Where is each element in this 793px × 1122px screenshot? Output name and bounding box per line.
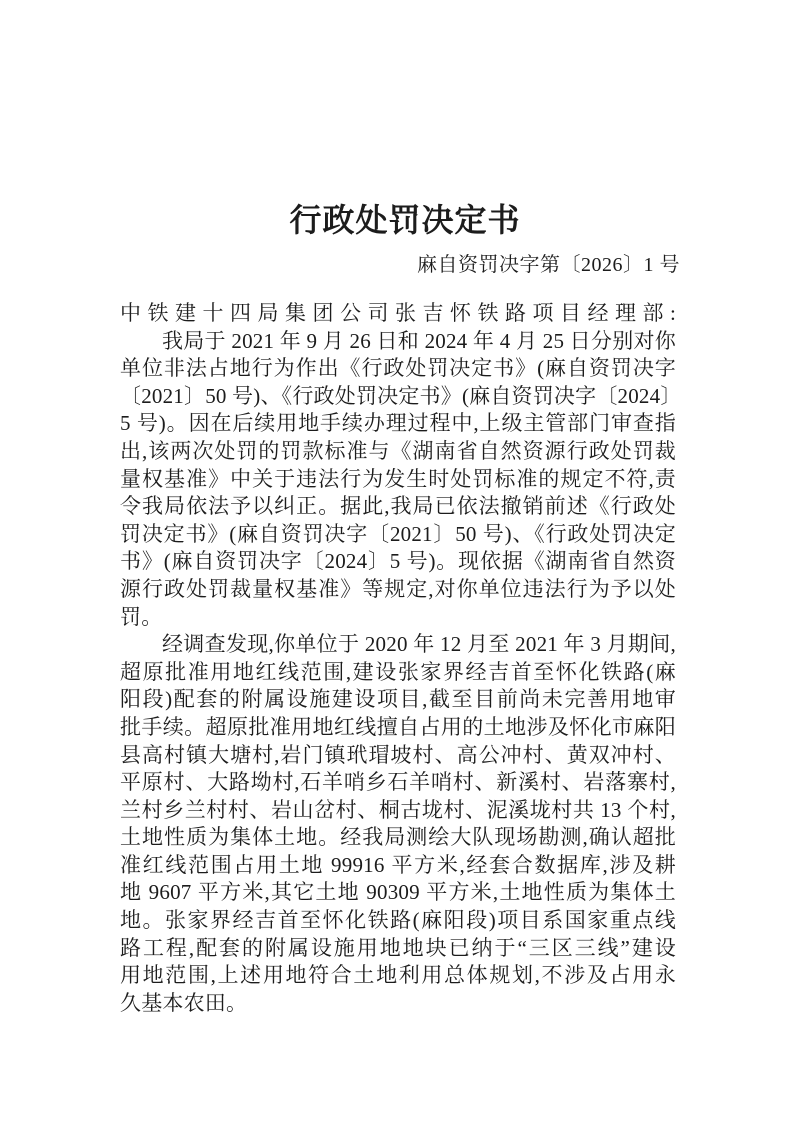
text-line: 地。张家界经吉首至怀化铁路(麻阳段)项目系国家重点线 [120, 907, 676, 935]
text-line: 单位非法占地行为作出《行政处罚决定书》(麻自资罚决字 [120, 355, 676, 383]
document-title: 行政处罚决定书 [120, 198, 676, 242]
text-line: 兰村乡兰村村、岩山岔村、桐古垅村、泥溪垅村共 13 个村, [120, 797, 676, 825]
text-line: 书》(麻自资罚决字〔2024〕5 号)。现依据《湖南省自然资 [120, 548, 676, 576]
text-line: 经调查发现,你单位于 2020 年 12 月至 2021 年 3 月期间, [120, 631, 676, 659]
document-number: 麻自资罚决字第〔2026〕1 号 [120, 252, 680, 278]
text-line: 我局于 2021 年 9 月 26 日和 2024 年 4 月 25 日分别对你 [120, 328, 676, 356]
paragraph: 我局于 2021 年 9 月 26 日和 2024 年 4 月 25 日分别对你… [120, 328, 676, 632]
text-line: 用地范围,上述用地符合土地利用总体规划,不涉及占用永 [120, 962, 676, 990]
document-page: 行政处罚决定书 麻自资罚决字第〔2026〕1 号 中铁建十四局集团公司张吉怀铁路… [0, 0, 793, 1122]
text-line: 久基本农田。 [120, 990, 676, 1018]
text-line: 路工程,配套的附属设施用地地块已纳于“三区三线”建设 [120, 935, 676, 963]
text-line: 超原批准用地红线范围,建设张家界经吉首至怀化铁路(麻 [120, 659, 676, 687]
text-line: 阳段)配套的附属设施建设项目,截至目前尚未完善用地审 [120, 686, 676, 714]
text-line: 5 号)。因在后续用地手续办理过程中,上级主管部门审查指 [120, 410, 676, 438]
text-line: 〔2021〕50 号)、《行政处罚决定书》(麻自资罚决字〔2024〕 [120, 383, 676, 411]
text-line: 县高村镇大塘村,岩门镇玳瑁坡村、高公冲村、黄双冲村、 [120, 742, 676, 770]
text-line: 源行政处罚裁量权基准》等规定,对你单位违法行为予以处 [120, 576, 676, 604]
text-line: 令我局依法予以纠正。据此,我局已依法撤销前述《行政处 [120, 493, 676, 521]
text-line: 地 9607 平方米,其它土地 90309 平方米,土地性质为集体土 [120, 879, 676, 907]
text-line: 平原村、大路坳村,石羊哨乡石羊哨村、新溪村、岩落寨村, [120, 769, 676, 797]
addressee-line: 中铁建十四局集团公司张吉怀铁路项目经理部: [120, 300, 676, 328]
paragraph: 经调查发现,你单位于 2020 年 12 月至 2021 年 3 月期间,超原批… [120, 631, 676, 1017]
text-line: 出,该两次处罚的罚款标准与《湖南省自然资源行政处罚裁 [120, 438, 676, 466]
text-line: 土地性质为集体土地。经我局测绘大队现场勘测,确认超批 [120, 824, 676, 852]
text-line: 批手续。超原批准用地红线擅自占用的土地涉及怀化市麻阳 [120, 714, 676, 742]
text-line: 罚。 [120, 604, 676, 632]
text-line: 罚决定书》(麻自资罚决字〔2021〕50 号)、《行政处罚决定 [120, 521, 676, 549]
paragraphs-container: 我局于 2021 年 9 月 26 日和 2024 年 4 月 25 日分别对你… [120, 328, 676, 1018]
document-body: 中铁建十四局集团公司张吉怀铁路项目经理部: 我局于 2021 年 9 月 26 … [120, 300, 676, 1017]
text-line: 量权基准》中关于违法行为发生时处罚标准的规定不符,责 [120, 466, 676, 494]
text-line: 准红线范围占用土地 99916 平方米,经套合数据库,涉及耕 [120, 852, 676, 880]
